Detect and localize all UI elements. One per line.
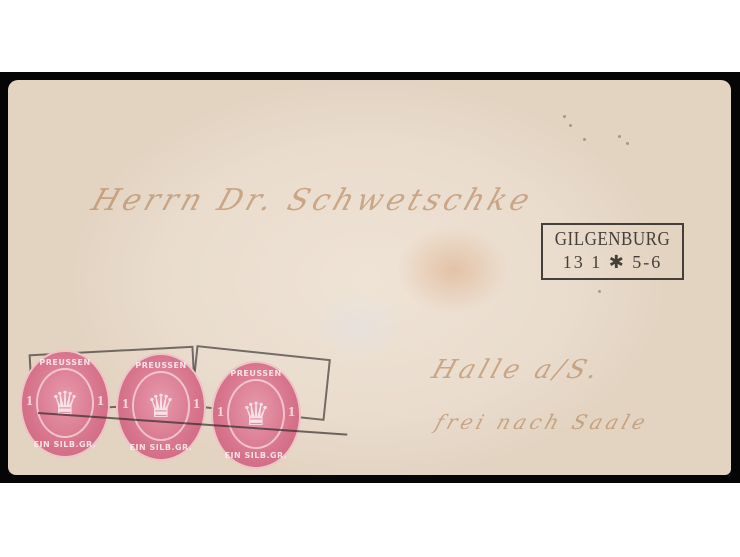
stamp: PREUSSEN ♛ 1 1 EIN SILB.GR. (22, 352, 108, 456)
postmark-date: 13 1 ✱ 5-6 (543, 252, 682, 272)
stamp-value: 1 (217, 405, 224, 421)
stamp-value: 1 (97, 394, 104, 410)
foxing-spot (598, 290, 601, 293)
stamp: PREUSSEN ♛ 1 1 EIN SILB.GR. (213, 363, 299, 467)
postmark-town: GILGENBURG (543, 228, 682, 250)
stamp: PREUSSEN ♛ 1 1 EIN SILB.GR. (118, 355, 204, 459)
eagle-icon: ♛ (147, 390, 176, 422)
stamp-country: PREUSSEN (213, 369, 299, 378)
foxing-spot (563, 115, 566, 118)
foxing-spot (569, 124, 572, 127)
stamp-denomination: EIN SILB.GR. (22, 440, 108, 449)
stamp-country: PREUSSEN (118, 361, 204, 370)
address-line-3: frei nach Saale (432, 410, 652, 434)
envelope: Herrn Dr. Schwetschke Halle a/S. frei na… (8, 80, 731, 475)
stamp-country: PREUSSEN (22, 358, 108, 367)
postmark: GILGENBURG 13 1 ✱ 5-6 (541, 223, 684, 280)
foxing-spot (618, 135, 621, 138)
stamp-denomination: EIN SILB.GR. (118, 443, 204, 452)
address-line-2: Halle a/S. (428, 355, 606, 385)
foxing-spot (583, 138, 586, 141)
stamp-value: 1 (26, 394, 33, 410)
stamp-denomination: EIN SILB.GR. (213, 451, 299, 460)
eagle-icon: ♛ (242, 398, 271, 430)
stamp-value: 1 (122, 397, 129, 413)
stamp-value: 1 (288, 405, 295, 421)
address-line-1: Herrn Dr. Schwetschke (87, 183, 538, 218)
stamp-value: 1 (193, 397, 200, 413)
foxing-spot (626, 142, 629, 145)
